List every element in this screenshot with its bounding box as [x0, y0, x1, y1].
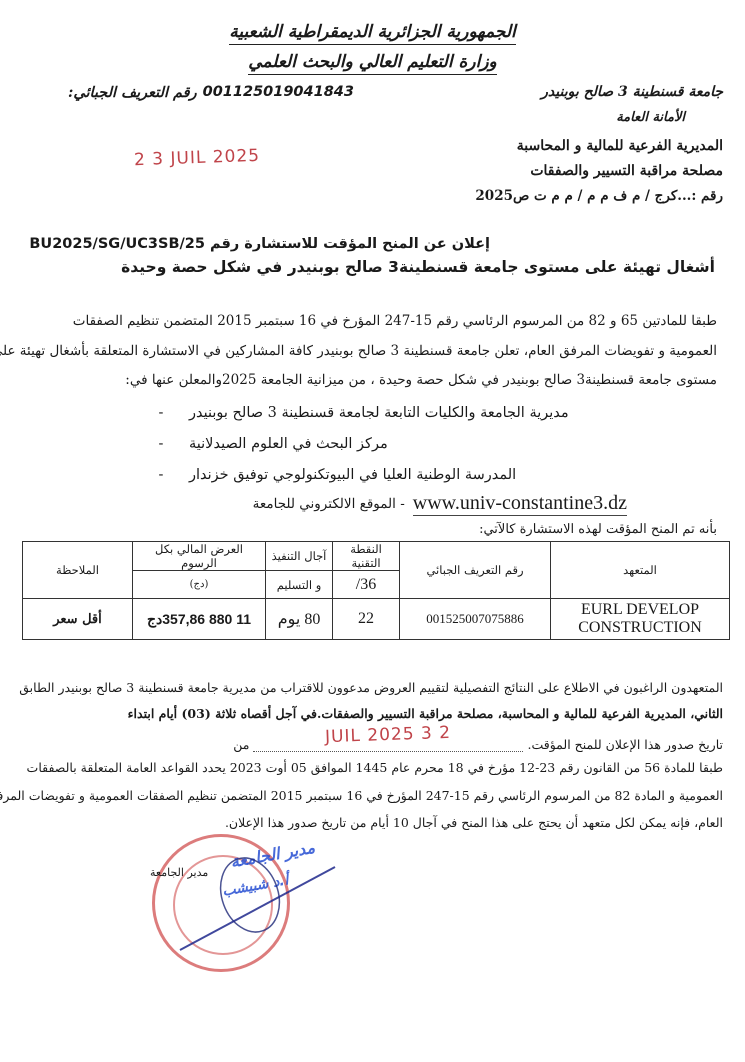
award-table: المتعهد رقم التعريف الجبائي النقطة التقن… [22, 541, 730, 640]
list-item-text: مديرية الجامعة والكليات التابعة لجامعة ق… [189, 405, 569, 421]
list-item: -مركز البحث في العلوم الصيدلانية [151, 428, 651, 459]
university-name: جامعة قسنطينة 3 صالح بوبنيدر [541, 84, 723, 100]
table-header-row: المتعهد رقم التعريف الجبائي النقطة التقن… [23, 542, 730, 571]
republic-text: الجمهورية الجزائرية الديمقراطية الشعبية [229, 22, 516, 45]
header-financial-unit: (دج) [133, 571, 266, 599]
header-delay-2: و التسليم [266, 571, 333, 599]
list-item: -المدرسة الوطنية العليا في البيوتكنولوجي… [151, 459, 651, 490]
cell-bidder: EURL DEVELOP CONSTRUCTION [551, 599, 730, 640]
tax-id: رقم التعريف الجبائي: 001125019041843 [68, 84, 354, 101]
notice-prefix: من [233, 737, 249, 752]
date-stamp-inline: 2 3 JUIL 2025 [325, 723, 452, 747]
notice-line-3: من 2 3 JUIL 2025 تاريخ صدور هذا الإعلان … [233, 731, 723, 752]
dash-icon: - [151, 467, 171, 483]
signature-scribble-icon [170, 845, 340, 955]
cell-financial-offer: 11 880 357,86دج [133, 599, 266, 640]
bidder-line-1: EURL DEVELOP [552, 601, 728, 619]
bidder-line-2: CONSTRUCTION [552, 619, 728, 637]
announcement-title: إعلان عن المنح المؤقت للاستشارة رقم BU20… [29, 236, 490, 252]
header-delay: آجال التنفيذ [266, 542, 333, 571]
date-blank: 2 3 JUIL 2025 [253, 731, 523, 752]
header-financial-offer: العرض المالي بكل الرسوم [133, 542, 266, 571]
header-bidder: المتعهد [551, 542, 730, 599]
table-intro: بأنه تم المنح المؤقت لهذه الاستشارة كالآ… [479, 522, 717, 537]
header-technical-score-max: 36/ [333, 571, 400, 599]
notice-suffix: تاريخ صدور هذا الإعلان للمنح المؤقت. [527, 737, 723, 752]
website-label: - الموقع الالكتروني للجامعة [253, 496, 405, 512]
tax-id-value: 001125019041843 [203, 84, 354, 101]
header-remark: الملاحظة [23, 542, 133, 599]
table-row: EURL DEVELOP CONSTRUCTION 00152500707588… [23, 599, 730, 640]
ministry-heading: وزارة التعليم العالي والبحث العلمي [0, 52, 745, 72]
website-line: - الموقع الالكتروني للجامعة www.univ-con… [253, 492, 627, 516]
service-name: مصلحة مراقبة التسيير والصفقات [530, 163, 723, 179]
dash-icon: - [151, 405, 171, 421]
notice-line-2: الثاني، المديرية الفرعية للمالية و المحا… [128, 706, 723, 721]
appeal-line-1: طبقا للمادة 56 من القانون رقم 23-12 مؤرخ… [27, 760, 723, 775]
intro-line-1: طبقا للمادتين 65 و 82 من المرسوم الرئاسي… [73, 313, 717, 329]
republic-heading: الجمهورية الجزائرية الديمقراطية الشعبية [0, 22, 745, 42]
date-stamp: 2 3 JUIL 2025 [134, 146, 261, 170]
cell-delay: 80 يوم [266, 599, 333, 640]
cell-remark: أقل سعر [23, 599, 133, 640]
list-item-text: مركز البحث في العلوم الصيدلانية [189, 436, 388, 452]
sub-directorate: المديرية الفرعية للمالية و المحاسبة [517, 138, 723, 154]
cell-technical-score: 22 [333, 599, 400, 640]
appeal-line-3: العام، فإنه يمكن لكل متعهد أن يحتج على ه… [225, 815, 723, 830]
announcement-subtitle: أشغال تهيئة على مستوى جامعة قسنطينة3 صال… [121, 258, 715, 276]
dash-icon: - [151, 436, 171, 452]
reference-number: رقم :...كرج / م ف م م / م م ت ص2025 [475, 188, 723, 204]
intro-line-2: العمومية و تفويضات المرفق العام، تعلن جا… [0, 343, 717, 359]
website-link[interactable]: www.univ-constantine3.dz [413, 492, 627, 516]
header-tax-id: رقم التعريف الجبائي [400, 542, 551, 599]
tax-id-label: رقم التعريف الجبائي: [68, 84, 197, 101]
notice-line-1: المتعهدون الراغبون في الاطلاع على النتائ… [19, 680, 723, 695]
list-item: -مديرية الجامعة والكليات التابعة لجامعة … [151, 397, 651, 428]
appeal-line-2: العمومية و المادة 82 من المرسوم الرئاسي … [0, 788, 723, 803]
cell-tax-id: 001525007075886 [400, 599, 551, 640]
venue-list: -مديرية الجامعة والكليات التابعة لجامعة … [151, 397, 651, 490]
secretariat: الأمانة العامة [616, 110, 685, 125]
intro-line-3: مستوى جامعة قسنطينة3 صالح بوبنيدر في شكل… [125, 372, 717, 388]
ministry-text: وزارة التعليم العالي والبحث العلمي [248, 52, 497, 75]
header-technical-score: النقطة التقنية [333, 542, 400, 571]
list-item-text: المدرسة الوطنية العليا في البيوتكنولوجي … [189, 467, 516, 483]
